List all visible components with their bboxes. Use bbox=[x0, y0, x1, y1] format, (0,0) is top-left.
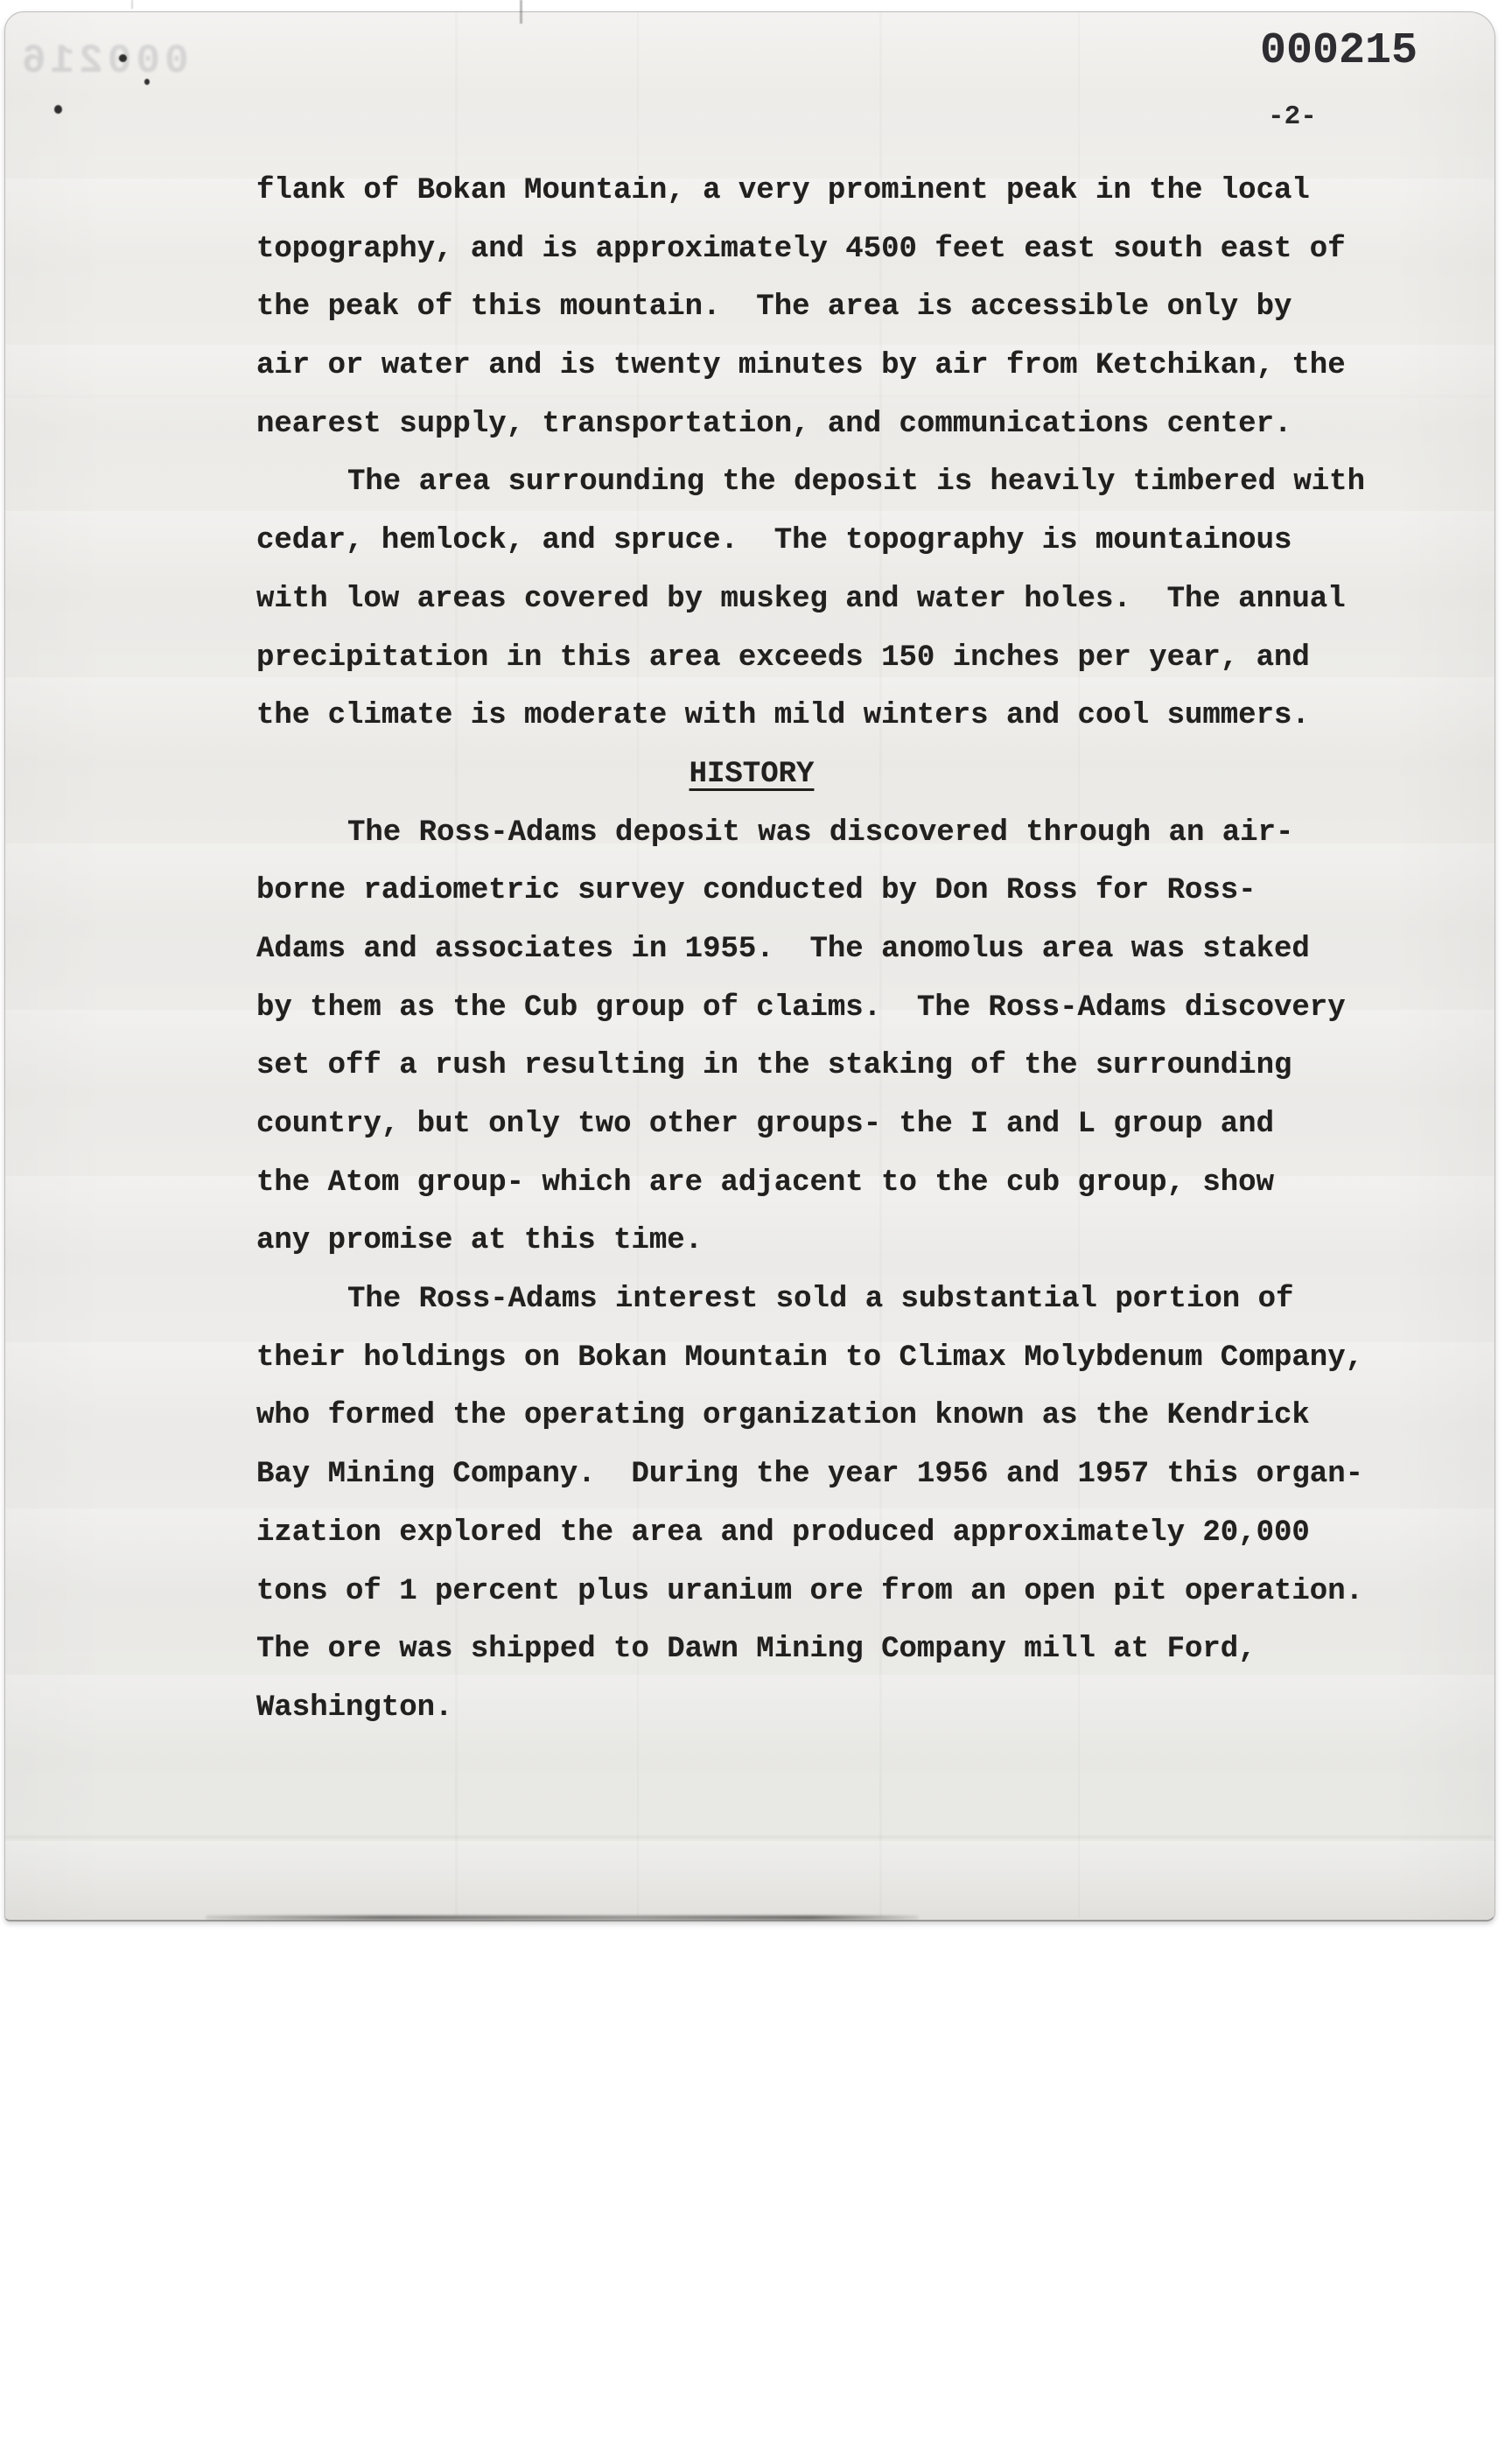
text-line: tons of 1 percent plus uranium ore from … bbox=[256, 1563, 1369, 1621]
text-line: Adams and associates in 1955. The anomol… bbox=[256, 920, 1369, 979]
document-stamp-number: 000215 bbox=[1260, 26, 1417, 76]
text-line: borne radiometric survey conducted by Do… bbox=[256, 862, 1369, 920]
text-line: The ore was shipped to Dawn Mining Compa… bbox=[256, 1620, 1369, 1679]
text-line: precipitation in this area exceeds 150 i… bbox=[256, 629, 1369, 688]
page-number: -2- bbox=[1268, 101, 1317, 132]
text-line: The Ross-Adams interest sold a substanti… bbox=[256, 1270, 1369, 1329]
text-line: the peak of this mountain. The area is a… bbox=[256, 278, 1369, 337]
text-line: nearest supply, transportation, and comm… bbox=[256, 395, 1369, 454]
text-line: the Atom group- which are adjacent to th… bbox=[256, 1154, 1369, 1213]
ink-speck bbox=[54, 105, 62, 114]
paper-crease bbox=[5, 1836, 1493, 1838]
text-line: set off a rush resulting in the staking … bbox=[256, 1037, 1369, 1095]
ink-speck bbox=[144, 79, 150, 85]
document-body: flank of Bokan Mountain, a very prominen… bbox=[256, 162, 1369, 1738]
text-line: topography, and is approximately 4500 fe… bbox=[256, 220, 1369, 279]
text-line: Bay Mining Company. During the year 1956… bbox=[256, 1445, 1369, 1504]
text-line: any promise at this time. bbox=[256, 1212, 1369, 1270]
text-line: country, but only two other groups- the … bbox=[256, 1095, 1369, 1154]
text-line: The Ross-Adams deposit was discovered th… bbox=[256, 804, 1369, 863]
text-line: the climate is moderate with mild winter… bbox=[256, 687, 1369, 745]
text-line: their holdings on Bokan Mountain to Clim… bbox=[256, 1329, 1369, 1388]
text-line: who formed the operating organization kn… bbox=[256, 1387, 1369, 1445]
text-line: air or water and is twenty minutes by ai… bbox=[256, 337, 1369, 395]
scanned-page-canvas: 000216 000215 -2- flank of Bokan Mountai… bbox=[0, 0, 1512, 2450]
text-line: by them as the Cub group of claims. The … bbox=[256, 979, 1369, 1038]
paper-bottom-edge-shadow bbox=[206, 1915, 919, 1920]
text-line: with low areas covered by muskeg and wat… bbox=[256, 570, 1369, 629]
text-line: The area surrounding the deposit is heav… bbox=[256, 453, 1369, 512]
bleedthrough-number: 000216 bbox=[17, 38, 189, 84]
text-line: cedar, hemlock, and spruce. The topograp… bbox=[256, 512, 1369, 570]
ink-speck bbox=[119, 54, 127, 62]
text-line: flank of Bokan Mountain, a very prominen… bbox=[256, 162, 1369, 220]
section-heading: HISTORY bbox=[195, 745, 1308, 804]
fold-mark bbox=[131, 0, 133, 9]
text-line: Washington. bbox=[256, 1679, 1369, 1738]
fold-mark bbox=[520, 0, 522, 24]
text-line: ization explored the area and produced a… bbox=[256, 1504, 1369, 1563]
